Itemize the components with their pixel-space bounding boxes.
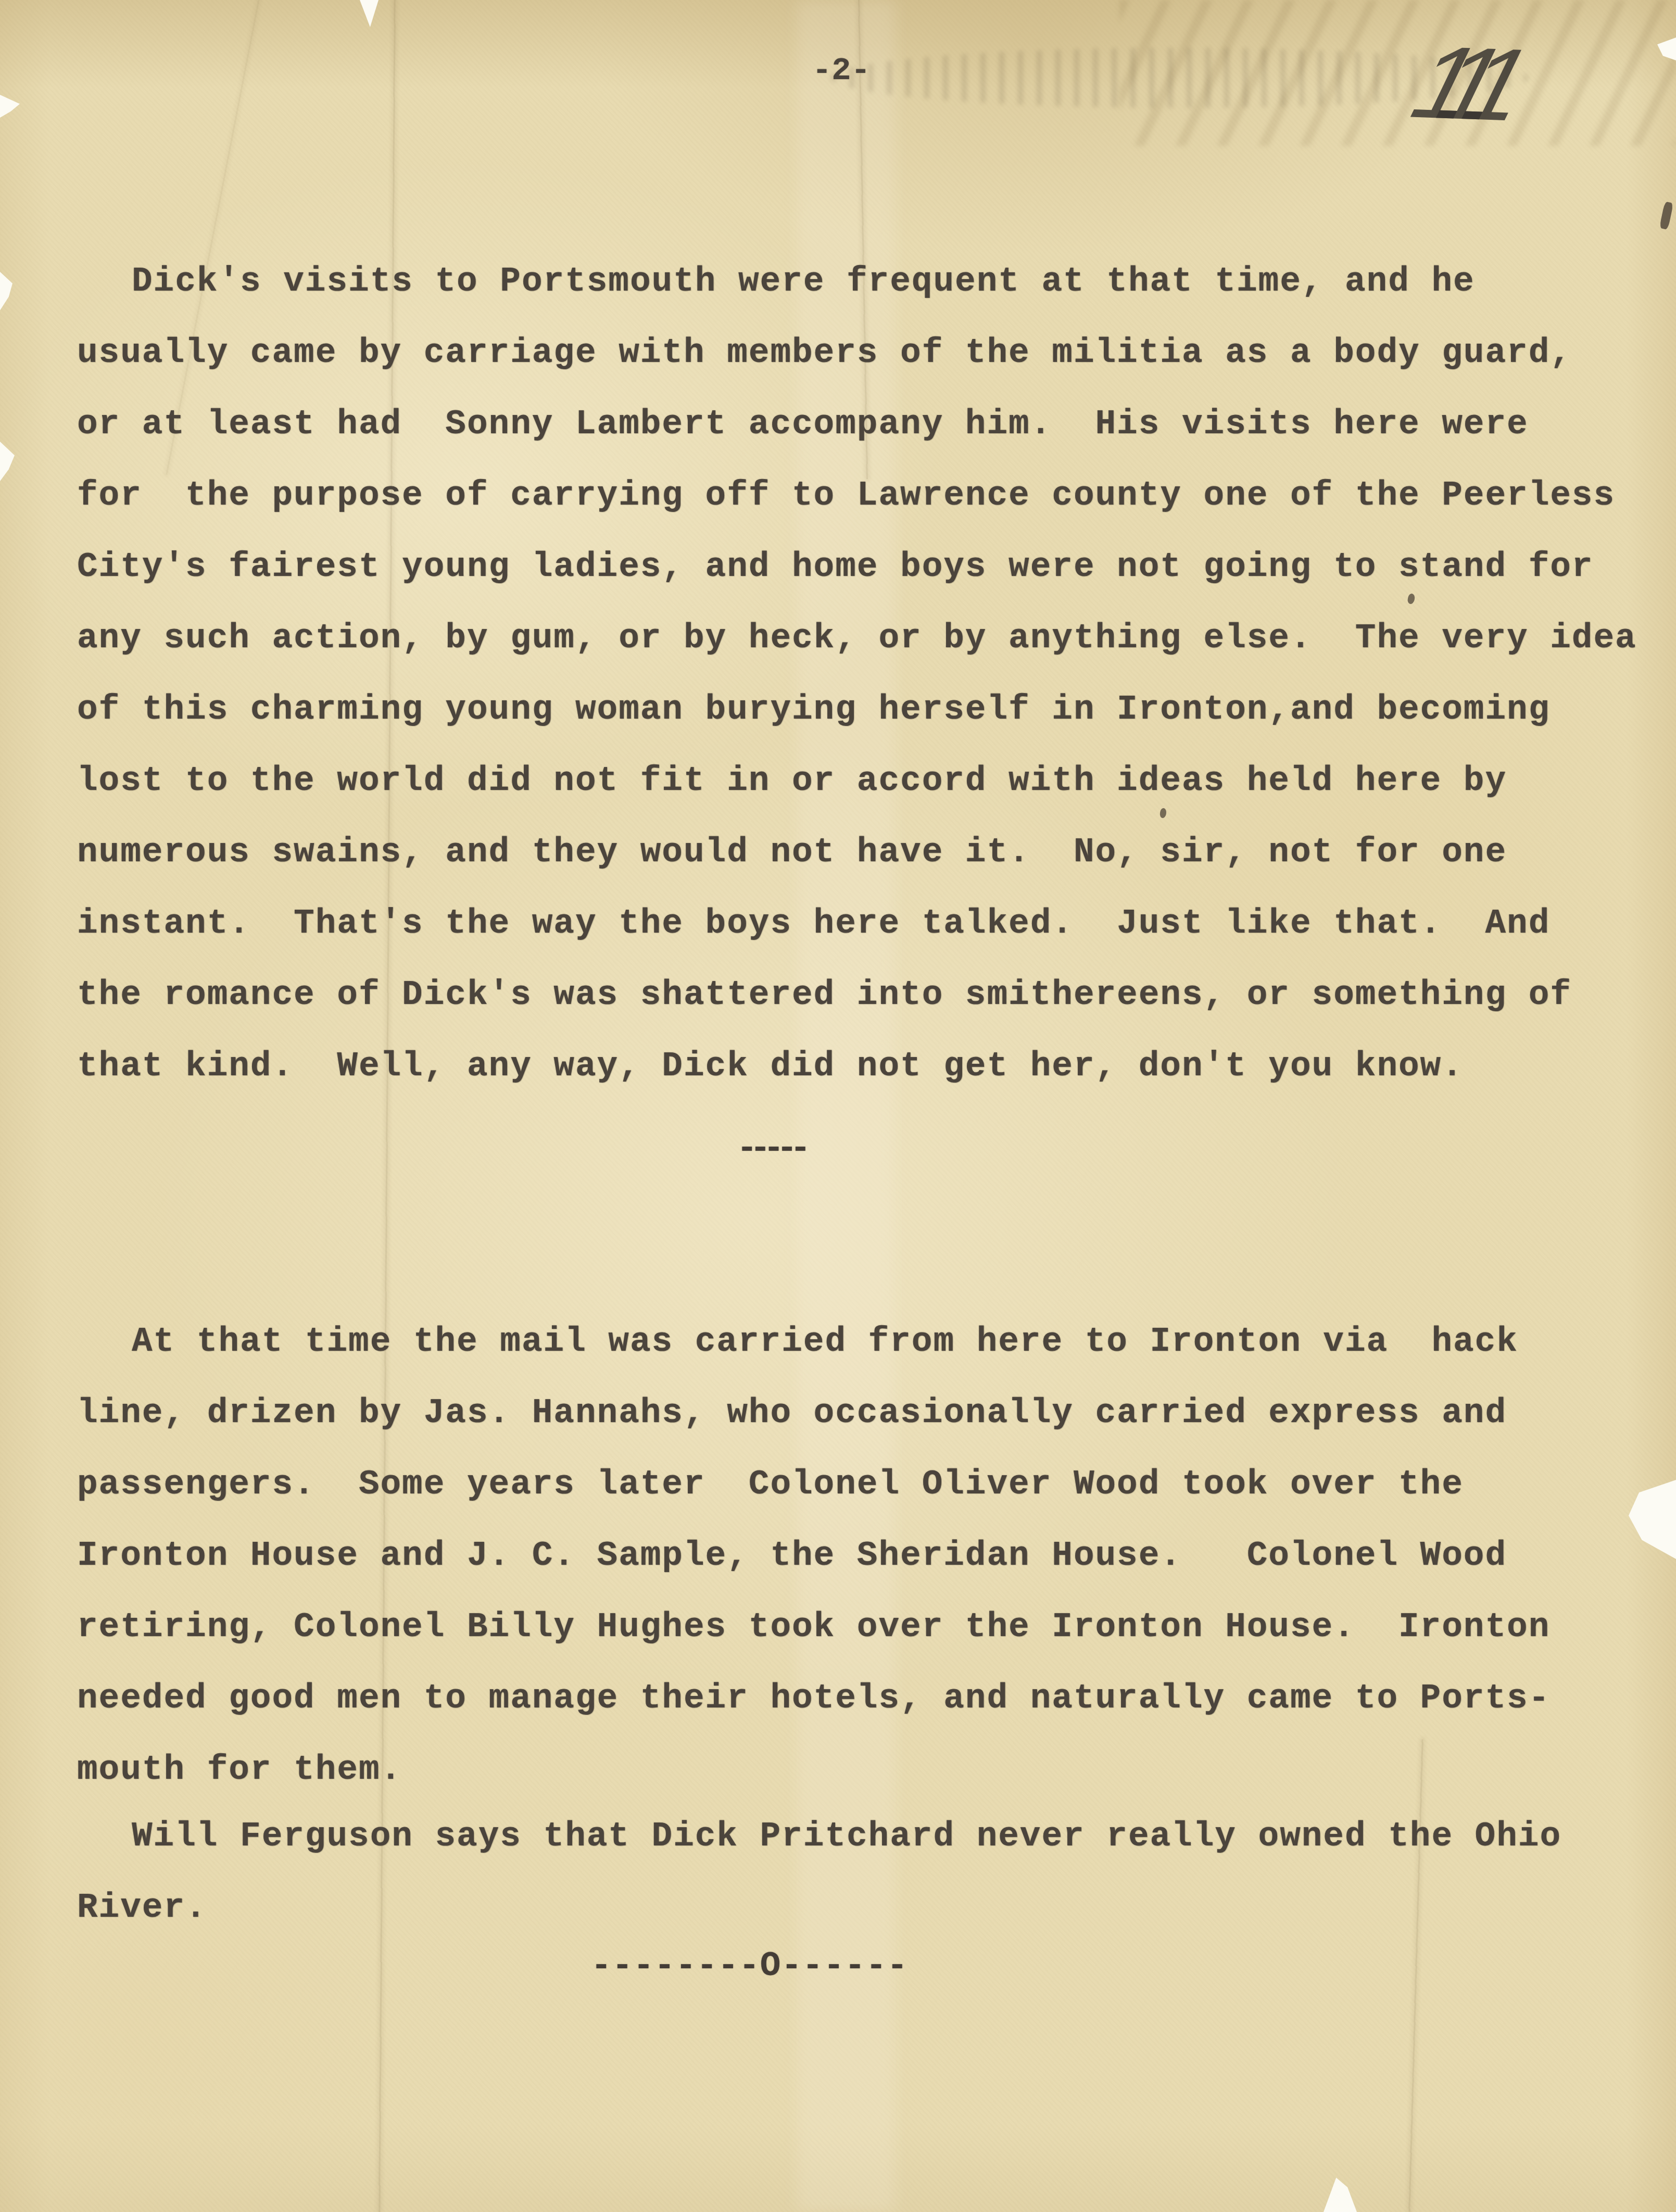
- section-separator: -----: [737, 1129, 803, 1168]
- paper-tear: [0, 272, 12, 310]
- typed-line: for the purpose of carrying off to Lawre…: [77, 460, 1637, 531]
- paragraph-3: Will Ferguson says that Dick Pritchard n…: [77, 1801, 1561, 1943]
- typed-line: City's fairest young ladies, and home bo…: [77, 531, 1637, 602]
- paper-tear: [360, 0, 379, 27]
- typed-line: line, drizen by Jas. Hannahs, who occasi…: [77, 1377, 1550, 1449]
- typed-line: the romance of Dick's was shattered into…: [77, 959, 1637, 1030]
- scanned-page: -2- 111 Dick's visits to Portsmouth were…: [0, 0, 1676, 2212]
- paper-tear: [0, 442, 15, 481]
- paper-tear: [0, 95, 20, 118]
- typed-line: Will Ferguson says that Dick Pritchard n…: [77, 1801, 1561, 1872]
- typed-line: mouth for them.: [77, 1734, 1550, 1805]
- typed-line: At that time the mail was carried from h…: [77, 1306, 1550, 1377]
- typed-line: Dick's visits to Portsmouth were frequen…: [77, 246, 1637, 317]
- typed-line: passengers. Some years later Colonel Oli…: [77, 1449, 1550, 1520]
- typed-line: any such action, by gum, or by heck, or …: [77, 602, 1637, 674]
- paragraph-1: Dick's visits to Portsmouth were frequen…: [77, 246, 1637, 1102]
- typed-line: instant. That's the way the boys here ta…: [77, 888, 1637, 959]
- end-separator: --------O------: [591, 1946, 908, 1985]
- typed-line: Ironton House and J. C. Sample, the Sher…: [77, 1520, 1550, 1591]
- page-number: -2-: [812, 52, 871, 89]
- typed-line: that kind. Well, any way, Dick did not g…: [77, 1030, 1637, 1102]
- typed-line: usually came by carriage with members of…: [77, 317, 1637, 388]
- typed-line: lost to the world did not fit in or acco…: [77, 745, 1637, 816]
- typed-line: retiring, Colonel Billy Hughes took over…: [77, 1591, 1550, 1663]
- typed-line: needed good men to manage their hotels, …: [77, 1663, 1550, 1734]
- ink-speck: [1659, 202, 1673, 230]
- paragraph-2: At that time the mail was carried from h…: [77, 1306, 1550, 1805]
- typed-line: numerous swains, and they would not have…: [77, 816, 1637, 888]
- typed-line: River.: [77, 1872, 1561, 1943]
- typed-line: of this charming young woman burying her…: [77, 674, 1637, 745]
- paper-tear: [1324, 2178, 1357, 2212]
- typed-line: or at least had Sonny Lambert accompany …: [77, 388, 1637, 460]
- paper-tear: [1629, 1480, 1676, 1559]
